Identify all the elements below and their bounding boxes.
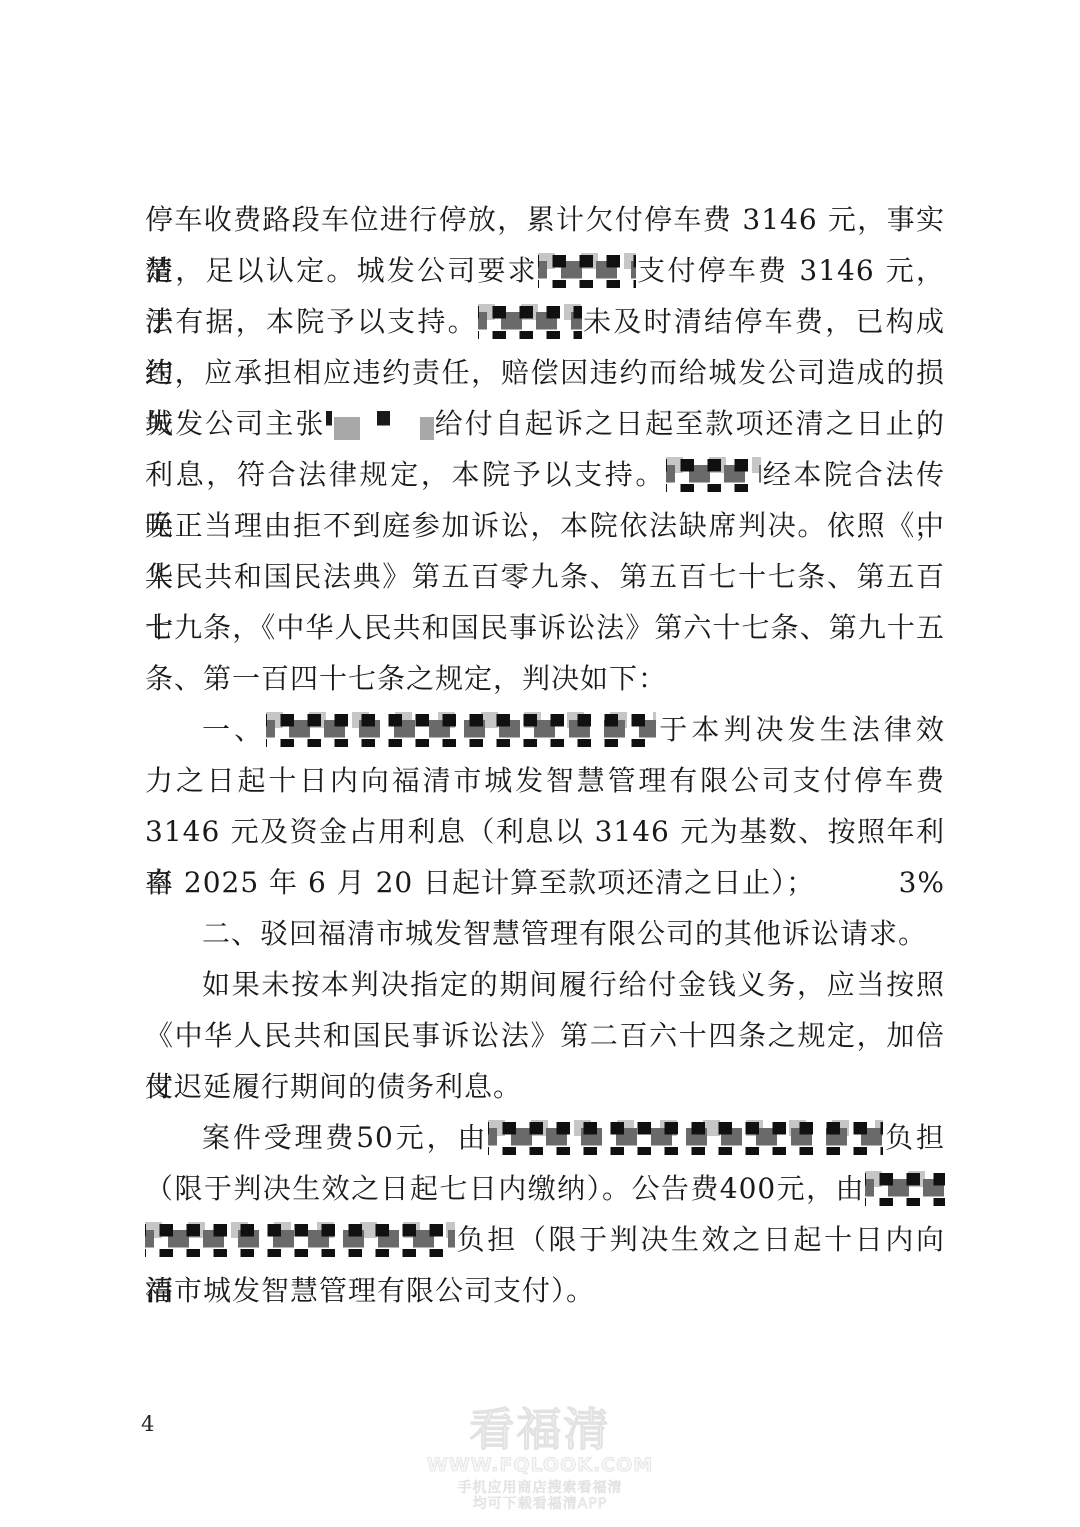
redacted-text [488, 1117, 883, 1155]
text-block: 停车收费路段车位进行停放，累计欠付停车费 3146 元，事实清楚，足以认定。城发… [145, 194, 945, 1316]
redacted-text [326, 403, 434, 441]
watermark-line2: 均可下载看福清APP [0, 1497, 1080, 1512]
text-line: 负担（限于判决生效之日起十日内向福 [145, 1214, 945, 1265]
text-line: 付迟延履行期间的债务利息。 [145, 1061, 945, 1112]
judgment-page: 停车收费路段车位进行停放，累计欠付停车费 3146 元，事实清楚，足以认定。城发… [0, 0, 1080, 1527]
redacted-text [538, 250, 636, 288]
text-line: 清市城发智慧管理有限公司支付）。 [145, 1265, 945, 1316]
text-line: 二、驳回福清市城发智慧管理有限公司的其他诉讼请求。 [145, 908, 945, 959]
text-line: 利息，符合法律规定，本院予以支持。经本院合法传唤， [145, 449, 945, 500]
text-line: 《中华人民共和国民事诉讼法》第二百六十四条之规定，加倍支 [145, 1010, 945, 1061]
redacted-text [666, 454, 761, 492]
text-line: 无正当理由拒不到庭参加诉讼，本院依法缺席判决。依照《中华 [145, 500, 945, 551]
text-line: 一、于本判决发生法律效 [145, 704, 945, 755]
watermark-title: 看福清 [0, 1406, 1080, 1454]
text-line: 楚，足以认定。城发公司要求支付停车费 3146 元，于 [145, 245, 945, 296]
redacted-text [478, 301, 582, 339]
watermark-line1: 手机应用商店搜索看福清 [0, 1481, 1080, 1496]
redacted-text [145, 1219, 455, 1257]
watermark: 看福清 WWW.FQLOOK.COM 手机应用商店搜索看福清 均可下载看福清AP… [0, 1406, 1080, 1512]
text-line: 如果未按本判决指定的期间履行给付金钱义务，应当按照 [145, 959, 945, 1010]
text-line: 法有据，本院予以支持。未及时清结停车费，已构成违 [145, 296, 945, 347]
text-line: 人民共和国民法典》第五百零九条、第五百七十七条、第五百七 [145, 551, 945, 602]
text-line: 停车收费路段车位进行停放，累计欠付停车费 3146 元，事实清 [145, 194, 945, 245]
text-line: 力之日起十日内向福清市城发智慧管理有限公司支付停车费 [145, 755, 945, 806]
watermark-url: WWW.FQLOOK.COM [0, 1455, 1080, 1475]
text-line: 3146 元及资金占用利息（利息以 3146 元为基数、按照年利率 3% [145, 806, 945, 857]
text-line: （限于判决生效之日起七日内缴纳）。公告费400元，由 [145, 1163, 945, 1214]
text-line: 城发公司主张给付自起诉之日起至款项还清之日止的 [145, 398, 945, 449]
text-line: 条、第一百四十七条之规定，判决如下： [145, 653, 945, 704]
redacted-text [266, 709, 656, 747]
text-line: 约，应承担相应违约责任，赔偿因违约而给城发公司造成的损失， [145, 347, 945, 398]
text-line: 十九条，《中华人民共和国民事诉讼法》第六十七条、第九十五 [145, 602, 945, 653]
text-line: 案件受理费50元，由负担 [145, 1112, 945, 1163]
redacted-text [865, 1168, 945, 1206]
